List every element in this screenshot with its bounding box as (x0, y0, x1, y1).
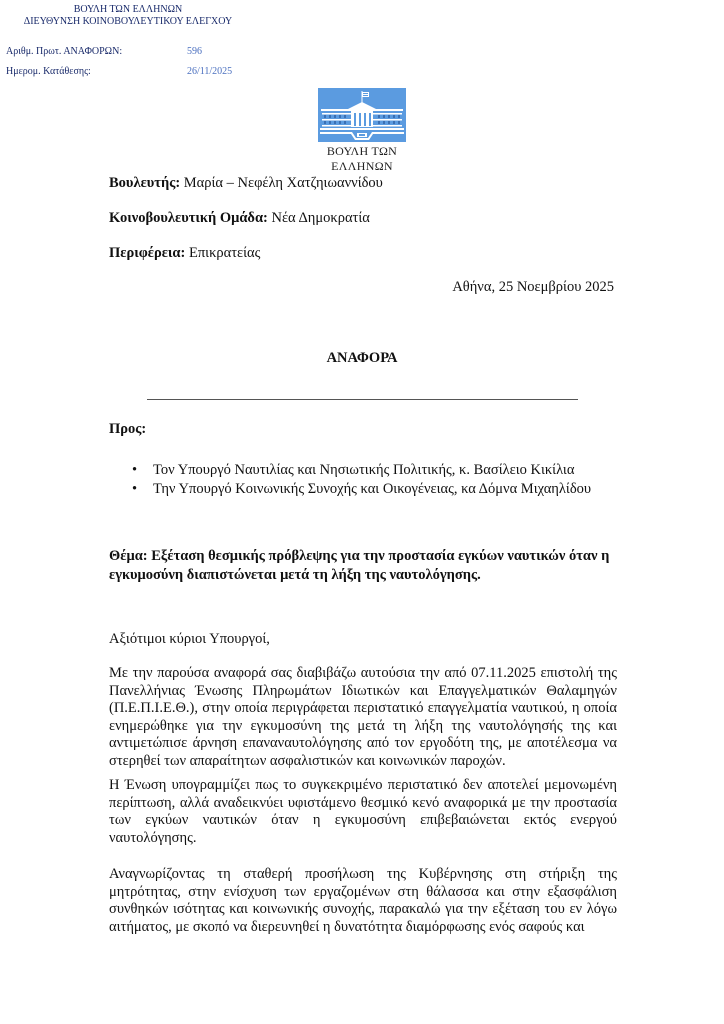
filing-date-label: Ημερομ. Κατάθεσης: (6, 66, 187, 77)
issuer-header: ΒΟΥΛΗ ΤΩΝ ΕΛΛΗΝΩΝ ΔΙΕΥΘΥΝΣΗ ΚΟΙΝΟΒΟΥΛΕΥΤ… (0, 4, 256, 28)
region-label: Περιφέρεια: (109, 245, 185, 261)
filing-date-row: Ημερομ. Κατάθεσης:26/11/2025 (6, 66, 232, 77)
parliament-building-icon (318, 88, 406, 142)
recipient-item: Τον Υπουργό Ναυτιλίας και Νησιωτικής Πολ… (132, 461, 591, 480)
body-paragraph: Με την παρούσα αναφορά σας διαβιβάζω αυτ… (109, 665, 617, 771)
place-date: Αθήνα, 25 Νοεμβρίου 2025 (452, 279, 614, 296)
document-title: ΑΝΑΦΟΡΑ (0, 350, 724, 367)
mp-label: Βουλευτής: (109, 175, 180, 191)
logo-caption: ΒΟΥΛΗ ΤΩΝ ΕΛΛΗΝΩΝ (300, 144, 424, 174)
issuer-line-parliament: ΒΟΥΛΗ ΤΩΝ ΕΛΛΗΝΩΝ (0, 4, 256, 16)
party-group-value: Νέα Δημοκρατία (272, 210, 370, 226)
region-value: Επικρατείας (189, 245, 260, 261)
salutation: Αξιότιμοι κύριοι Υπουργοί, (109, 631, 270, 648)
filing-date-value: 26/11/2025 (187, 66, 232, 77)
recipients-list: Τον Υπουργό Ναυτιλίας και Νησιωτικής Πολ… (132, 461, 591, 499)
mp-field: Βουλευτής: Μαρία – Νεφέλη Χατζηιωαννίδου (109, 175, 383, 192)
recipient-item: Την Υπουργό Κοινωνικής Συνοχής και Οικογ… (132, 480, 591, 499)
region-field: Περιφέρεια: Επικρατείας (109, 245, 260, 262)
body-paragraph: Αναγνωρίζοντας τη σταθερή προσήλωση της … (109, 866, 617, 936)
party-group-label: Κοινοβουλευτική Ομάδα: (109, 210, 268, 226)
body-paragraph: Η Ένωση υπογραμμίζει πως το συγκεκριμένο… (109, 777, 617, 847)
protocol-number-value: 596 (187, 46, 202, 57)
protocol-number-row: Αριθμ. Πρωτ. ΑΝΑΦΟΡΩΝ:596 (6, 46, 202, 57)
mp-value: Μαρία – Νεφέλη Χατζηιωαννίδου (184, 175, 383, 191)
subject-line: Θέμα: Εξέταση θεσμικής πρόβλεψης για την… (109, 547, 617, 585)
title-divider (147, 399, 578, 400)
recipients-heading: Προς: (109, 421, 146, 438)
protocol-number-label: Αριθμ. Πρωτ. ΑΝΑΦΟΡΩΝ: (6, 46, 187, 57)
party-group-field: Κοινοβουλευτική Ομάδα: Νέα Δημοκρατία (109, 210, 370, 227)
issuer-line-directorate: ΔΙΕΥΘΥΝΣΗ ΚΟΙΝΟΒΟΥΛΕΥΤΙΚΟΥ ΕΛΕΓΧΟΥ (0, 16, 256, 28)
